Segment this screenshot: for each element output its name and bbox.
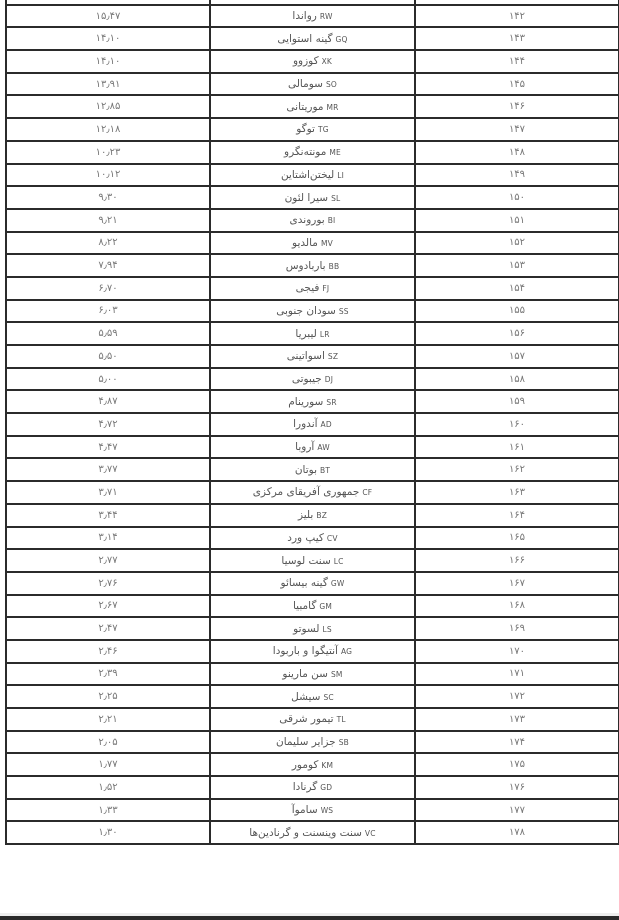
table-viewport: ۱۴۱۱۴۲RWرواندا۱۵٫۴۷۱۴۳GQگینه استوایی۱۴٫۱… [0, 0, 619, 913]
rank-number: ۱۶۲ [509, 464, 525, 475]
value-cell: ۸٫۲۲ [6, 232, 210, 255]
table-row: ۱۶۶LCسنت لوسیا۲٫۷۷ [6, 549, 619, 572]
value-cell: ۵٫۵۹ [6, 322, 210, 345]
country-name: تیمور شرقی [279, 713, 333, 725]
rank-number: ۱۷۷ [509, 805, 525, 816]
rank-number: ۱۴۵ [509, 79, 525, 90]
rank-cell: ۱۷۰ [415, 640, 619, 663]
table-row: ۱۷۵KMکومور۱٫۷۷ [6, 753, 619, 776]
rank-number: ۱۶۹ [509, 623, 525, 634]
table-row: ۱۶۵CVکیپ ورد۳٫۱۴ [6, 527, 619, 550]
country-code: AW [317, 443, 330, 452]
rank-cell: ۱۶۶ [415, 549, 619, 572]
rank-cell: ۱۷۶ [415, 776, 619, 799]
rank-number: ۱۴۲ [509, 11, 525, 22]
country-code: MR [327, 103, 339, 112]
table-row: ۱۴۹LIلیختن‌اشتاین۱۰٫۱۲ [6, 164, 619, 187]
rank-cell: ۱۶۰ [415, 413, 619, 436]
rank-number: ۱۶۸ [509, 600, 525, 611]
table-row: ۱۴۴XKکوزوو۱۴٫۱۰ [6, 50, 619, 73]
table-body: ۱۴۱۱۴۲RWرواندا۱۵٫۴۷۱۴۳GQگینه استوایی۱۴٫۱… [6, 0, 619, 844]
country-cell: TLتیمور شرقی [210, 708, 415, 731]
country-cell: MRموریتانی [210, 95, 415, 118]
value-cell: ۲٫۲۵ [6, 685, 210, 708]
table-row: ۱۶۲BTبوتان۳٫۷۷ [6, 458, 619, 481]
page-bottom-bar [0, 916, 619, 920]
country-cell: GWگینه بیسائو [210, 572, 415, 595]
table-row: ۱۵۲MVمالدیو۸٫۲۲ [6, 232, 619, 255]
country-code: ME [329, 148, 341, 157]
value-cell: ۵٫۰۰ [6, 368, 210, 391]
value-number: ۳٫۱۴ [98, 532, 117, 543]
rank-number: ۱۴۷ [509, 124, 525, 135]
value-cell: ۴٫۸۷ [6, 390, 210, 413]
country-name: سودان جنوبی [276, 305, 336, 317]
rank-cell: ۱۵۰ [415, 186, 619, 209]
value-cell: ۱۰٫۲۳ [6, 141, 210, 164]
rank-cell: ۱۶۲ [415, 458, 619, 481]
country-cell: ADآندورا [210, 413, 415, 436]
value-cell: ۲٫۷۷ [6, 549, 210, 572]
table-row: ۱۴۲RWرواندا۱۵٫۴۷ [6, 5, 619, 28]
table-row: ۱۵۹SRسورینام۴٫۸۷ [6, 390, 619, 413]
country-code: LC [334, 557, 344, 566]
country-name: کیپ ورد [287, 532, 324, 544]
country-cell: GQگینه استوایی [210, 27, 415, 50]
rank-number: ۱۶۰ [509, 419, 525, 430]
value-cell: ۵٫۵۰ [6, 345, 210, 368]
country-name: سن مارینو [282, 668, 328, 680]
value-cell: ۲٫۶۷ [6, 595, 210, 618]
country-cell: MEمونته‌نگرو [210, 141, 415, 164]
country-name: گینه استوایی [277, 33, 332, 45]
rank-number: ۱۷۵ [509, 759, 525, 770]
rank-number: ۱۷۲ [509, 691, 525, 702]
country-name: بوتان [295, 464, 317, 476]
rank-cell: ۱۷۵ [415, 753, 619, 776]
value-number: ۲٫۴۷ [98, 623, 117, 634]
rank-number: ۱۴۹ [509, 169, 525, 180]
country-cell: SCسیشل [210, 685, 415, 708]
country-cell: CFجمهوری آفریقای مرکزی [210, 481, 415, 504]
country-code: LI [337, 171, 344, 180]
country-cell: LRلیبریا [210, 322, 415, 345]
rank-cell: ۱۵۷ [415, 345, 619, 368]
value-number: ۱۲٫۱۸ [96, 124, 121, 135]
table-row: ۱۷۶GDگرنادا۱٫۵۲ [6, 776, 619, 799]
rank-number: ۱۶۴ [509, 510, 525, 521]
value-number: ۲٫۷۶ [98, 578, 117, 589]
table-row: ۱۶۸GMگامبیا۲٫۶۷ [6, 595, 619, 618]
country-cell: SZاسواتینی [210, 345, 415, 368]
rank-cell: ۱۴۶ [415, 95, 619, 118]
country-cell: TGتوگو [210, 118, 415, 141]
country-code: BI [328, 216, 336, 225]
country-name: کوزوو [293, 55, 319, 67]
country-cell: BBباربادوس [210, 254, 415, 277]
rank-number: ۱۶۱ [509, 442, 525, 453]
value-number: ۷٫۹۴ [98, 260, 117, 271]
value-cell: ۲٫۷۶ [6, 572, 210, 595]
country-code: SR [326, 398, 336, 407]
value-number: ۱۰٫۲۳ [96, 147, 121, 158]
rank-cell: ۱۴۹ [415, 164, 619, 187]
value-cell: ۱۲٫۱۸ [6, 118, 210, 141]
value-number: ۱۴٫۱۰ [96, 56, 121, 67]
rank-number: ۱۵۲ [509, 237, 525, 248]
country-cell: LCسنت لوسیا [210, 549, 415, 572]
country-name: آروبا [295, 441, 314, 453]
country-cell: DJجیبوتی [210, 368, 415, 391]
country-name: بلیز [298, 509, 313, 521]
value-cell: ۹٫۲۱ [6, 209, 210, 232]
country-name: بوروندی [290, 214, 325, 226]
value-cell: ۳٫۷۷ [6, 458, 210, 481]
country-code: SO [326, 80, 337, 89]
country-name: آنتیگوا و باربودا [273, 645, 338, 657]
country-code: CV [327, 534, 338, 543]
rank-number: ۱۵۶ [509, 328, 525, 339]
rank-cell: ۱۵۴ [415, 277, 619, 300]
rank-number: ۱۶۵ [509, 532, 525, 543]
country-code: TG [318, 125, 329, 134]
country-name: سورینام [288, 396, 323, 408]
rank-cell: ۱۵۲ [415, 232, 619, 255]
rank-cell: ۱۶۷ [415, 572, 619, 595]
value-number: ۴٫۴۷ [98, 442, 117, 453]
country-code: GD [320, 783, 332, 792]
table-row: ۱۷۳TLتیمور شرقی۲٫۲۱ [6, 708, 619, 731]
rank-number: ۱۷۶ [509, 782, 525, 793]
value-cell: ۱۲٫۸۵ [6, 95, 210, 118]
rank-cell: ۱۶۸ [415, 595, 619, 618]
value-cell: ۶٫۷۰ [6, 277, 210, 300]
value-cell: ۴٫۴۷ [6, 436, 210, 459]
value-number: ۲٫۶۷ [98, 600, 117, 611]
country-cell: RWرواندا [210, 5, 415, 28]
rank-cell: ۱۷۴ [415, 731, 619, 754]
rank-cell: ۱۴۸ [415, 141, 619, 164]
rank-cell: ۱۷۳ [415, 708, 619, 731]
rank-number: ۱۵۹ [509, 396, 525, 407]
value-number: ۱٫۳۰ [98, 827, 117, 838]
table-row: ۱۵۷SZاسواتینی۵٫۵۰ [6, 345, 619, 368]
value-number: ۱۳٫۹۱ [96, 79, 121, 90]
country-name: کومور [292, 759, 319, 771]
value-number: ۹٫۳۰ [98, 192, 117, 203]
value-cell: ۴٫۷۲ [6, 413, 210, 436]
country-name: سیشل [291, 691, 320, 703]
country-cell: XKکوزوو [210, 50, 415, 73]
rank-number: ۱۴۳ [509, 33, 525, 44]
country-name: سنت وینسنت و گرنادین‌ها [249, 827, 362, 839]
rank-cell: ۱۵۸ [415, 368, 619, 391]
country-code: SS [339, 307, 349, 316]
country-name: لسوتو [293, 623, 319, 635]
country-name: سنت لوسیا [281, 555, 330, 567]
value-number: ۵٫۵۰ [98, 351, 117, 362]
rank-cell: ۱۶۴ [415, 504, 619, 527]
value-cell: ۷٫۹۴ [6, 254, 210, 277]
table-row: ۱۶۹LSلسوتو۲٫۴۷ [6, 617, 619, 640]
value-number: ۸٫۲۲ [98, 237, 117, 248]
country-code: GM [319, 602, 332, 611]
value-number: ۶٫۰۳ [98, 305, 117, 316]
table-row: ۱۵۵SSسودان جنوبی۶٫۰۳ [6, 300, 619, 323]
table-row: ۱۴۷TGتوگو۱۲٫۱۸ [6, 118, 619, 141]
country-cell: SMسن مارینو [210, 663, 415, 686]
value-number: ۱۴٫۱۰ [96, 33, 121, 44]
rank-number: ۱۵۸ [509, 374, 525, 385]
value-cell: ۲٫۴۷ [6, 617, 210, 640]
rank-cell: ۱۵۱ [415, 209, 619, 232]
country-name: آندورا [293, 418, 317, 430]
country-cell: SLسیرا لئون [210, 186, 415, 209]
country-cell: SSسودان جنوبی [210, 300, 415, 323]
value-number: ۳٫۷۷ [98, 464, 117, 475]
rank-number: ۱۵۴ [509, 283, 525, 294]
rank-cell: ۱۶۱ [415, 436, 619, 459]
table-row: ۱۵۶LRلیبریا۵٫۵۹ [6, 322, 619, 345]
rank-cell: ۱۴۷ [415, 118, 619, 141]
rank-number: ۱۵۵ [509, 305, 525, 316]
table-row: ۱۷۲SCسیشل۲٫۲۵ [6, 685, 619, 708]
table-row: ۱۷۰AGآنتیگوا و باربودا۲٫۴۶ [6, 640, 619, 663]
rank-cell: ۱۷۸ [415, 821, 619, 844]
country-name: رواندا [292, 10, 316, 22]
country-name: فیجی [296, 282, 320, 294]
country-cell: GMگامبیا [210, 595, 415, 618]
country-name: جیبوتی [292, 373, 322, 385]
value-cell: ۳٫۱۴ [6, 527, 210, 550]
value-cell: ۱۰٫۱۲ [6, 164, 210, 187]
table-row: ۱۶۴BZبلیز۳٫۴۴ [6, 504, 619, 527]
country-code: WS [321, 806, 334, 815]
country-cell: SOسومالی [210, 73, 415, 96]
rank-cell: ۱۷۲ [415, 685, 619, 708]
rank-cell: ۱۵۹ [415, 390, 619, 413]
value-number: ۲٫۴۶ [98, 646, 117, 657]
rank-number: ۱۶۷ [509, 578, 525, 589]
value-cell: ۱٫۳۰ [6, 821, 210, 844]
table-row: ۱۵۸DJجیبوتی۵٫۰۰ [6, 368, 619, 391]
country-code: GW [331, 579, 345, 588]
country-name: ساموآ [292, 804, 318, 816]
value-number: ۲٫۷۷ [98, 555, 117, 566]
table-row: ۱۴۵SOسومالی۱۳٫۹۱ [6, 73, 619, 96]
rank-number: ۱۵۱ [509, 215, 525, 226]
rank-cell: ۱۶۳ [415, 481, 619, 504]
value-cell: ۱۳٫۹۱ [6, 73, 210, 96]
country-cell: SBجزایر سلیمان [210, 731, 415, 754]
country-code: SL [331, 194, 340, 203]
value-number: ۲٫۲۵ [98, 691, 117, 702]
country-name: گینه بیسائو [281, 577, 328, 589]
country-cell: VCسنت وینسنت و گرنادین‌ها [210, 821, 415, 844]
value-cell: ۲٫۲۱ [6, 708, 210, 731]
table-row: ۱۵۱BIبوروندی۹٫۲۱ [6, 209, 619, 232]
rank-number: ۱۷۱ [509, 668, 525, 679]
country-name: لیبریا [295, 328, 316, 340]
country-code: AD [321, 420, 332, 429]
country-code: TL [337, 715, 346, 724]
value-cell: ۱۵٫۴۷ [6, 5, 210, 28]
country-cell: SRسورینام [210, 390, 415, 413]
value-number: ۱٫۵۲ [98, 782, 117, 793]
country-code: MV [321, 239, 333, 248]
value-number: ۲٫۰۵ [98, 737, 117, 748]
country-cell: GDگرنادا [210, 776, 415, 799]
value-cell: ۱۴٫۱۰ [6, 27, 210, 50]
table-row: ۱۵۳BBباربادوس۷٫۹۴ [6, 254, 619, 277]
table-row: ۱۶۰ADآندورا۴٫۷۲ [6, 413, 619, 436]
country-code: KM [321, 761, 333, 770]
value-number: ۱۲٫۸۵ [96, 101, 121, 112]
country-name: لیختن‌اشتاین [281, 169, 334, 181]
country-cell: FJفیجی [210, 277, 415, 300]
country-cell: LSلسوتو [210, 617, 415, 640]
country-cell: CVکیپ ورد [210, 527, 415, 550]
value-cell: ۱٫۳۳ [6, 799, 210, 822]
table-row: ۱۶۱AWآروبا۴٫۴۷ [6, 436, 619, 459]
country-name: توگو [296, 123, 315, 135]
rank-number: ۱۶۶ [509, 555, 525, 566]
table-row: ۱۴۶MRموریتانی۱۲٫۸۵ [6, 95, 619, 118]
country-cell: AWآروبا [210, 436, 415, 459]
table-row: ۱۶۳CFجمهوری آفریقای مرکزی۳٫۷۱ [6, 481, 619, 504]
country-code: BB [329, 262, 340, 271]
rank-cell: ۱۴۵ [415, 73, 619, 96]
rank-cell: ۱۵۳ [415, 254, 619, 277]
country-ranking-table: ۱۴۱۱۴۲RWرواندا۱۵٫۴۷۱۴۳GQگینه استوایی۱۴٫۱… [5, 0, 619, 845]
table-row: ۱۶۷GWگینه بیسائو۲٫۷۶ [6, 572, 619, 595]
country-code: BZ [316, 511, 327, 520]
rank-number: ۱۷۰ [509, 646, 525, 657]
rank-cell: ۱۷۷ [415, 799, 619, 822]
value-cell: ۳٫۷۱ [6, 481, 210, 504]
rank-number: ۱۷۳ [509, 714, 525, 725]
rank-number: ۱۴۴ [509, 56, 525, 67]
table-row: ۱۷۱SMسن مارینو۲٫۳۹ [6, 663, 619, 686]
value-number: ۲٫۳۹ [98, 668, 117, 679]
country-name: مونته‌نگرو [284, 146, 326, 158]
value-number: ۱۰٫۱۲ [96, 169, 121, 180]
country-code: LS [323, 625, 332, 634]
country-name: اسواتینی [287, 350, 325, 362]
country-cell: BIبوروندی [210, 209, 415, 232]
table-row: ۱۷۴SBجزایر سلیمان۲٫۰۵ [6, 731, 619, 754]
country-name: گرنادا [293, 781, 318, 793]
country-code: XK [322, 57, 332, 66]
country-name: موریتانی [286, 101, 323, 113]
country-cell: WSساموآ [210, 799, 415, 822]
country-name: گامبیا [293, 600, 316, 612]
country-name: سومالی [288, 78, 323, 90]
table-row: ۱۷۷WSساموآ۱٫۳۳ [6, 799, 619, 822]
country-code: RW [320, 12, 333, 21]
value-number: ۱۵٫۴۷ [96, 11, 121, 22]
country-cell: BZبلیز [210, 504, 415, 527]
rank-cell: ۱۴۳ [415, 27, 619, 50]
value-number: ۴٫۷۲ [98, 419, 117, 430]
country-code: BT [320, 466, 330, 475]
rank-cell: ۱۶۹ [415, 617, 619, 640]
country-code: SC [323, 693, 333, 702]
table-row: ۱۵۰SLسیرا لئون۹٫۳۰ [6, 186, 619, 209]
rank-cell: ۱۴۴ [415, 50, 619, 73]
value-number: ۳٫۷۱ [98, 487, 117, 498]
value-number: ۹٫۲۱ [98, 215, 117, 226]
value-number: ۵٫۵۹ [98, 328, 117, 339]
country-code: SB [339, 738, 349, 747]
rank-number: ۱۴۸ [509, 147, 525, 158]
rank-number: ۱۵۰ [509, 192, 525, 203]
rank-number: ۱۷۴ [509, 737, 525, 748]
country-name: جمهوری آفریقای مرکزی [253, 486, 360, 498]
table-row: ۱۴۳GQگینه استوایی۱۴٫۱۰ [6, 27, 619, 50]
rank-number: ۱۴۶ [509, 101, 525, 112]
country-code: SZ [328, 352, 338, 361]
value-cell: ۲٫۰۵ [6, 731, 210, 754]
country-name: جزایر سلیمان [276, 736, 336, 748]
rank-cell: ۱۷۱ [415, 663, 619, 686]
country-name: مالدیو [292, 237, 318, 249]
value-number: ۶٫۷۰ [98, 283, 117, 294]
table-row: ۱۴۸MEمونته‌نگرو۱۰٫۲۳ [6, 141, 619, 164]
rank-number: ۱۷۸ [509, 827, 525, 838]
value-number: ۵٫۰۰ [98, 374, 117, 385]
value-number: ۱٫۷۷ [98, 759, 117, 770]
rank-number: ۱۶۳ [509, 487, 525, 498]
value-number: ۴٫۸۷ [98, 396, 117, 407]
value-cell: ۲٫۴۶ [6, 640, 210, 663]
table-row: ۱۵۴FJفیجی۶٫۷۰ [6, 277, 619, 300]
rank-cell: ۱۵۶ [415, 322, 619, 345]
value-cell: ۳٫۴۴ [6, 504, 210, 527]
country-code: VC [365, 829, 376, 838]
country-cell: AGآنتیگوا و باربودا [210, 640, 415, 663]
country-code: LR [320, 330, 330, 339]
country-code: FJ [322, 284, 329, 293]
country-code: DJ [325, 375, 333, 384]
table-row: ۱۷۸VCسنت وینسنت و گرنادین‌ها۱٫۳۰ [6, 821, 619, 844]
rank-number: ۱۵۷ [509, 351, 525, 362]
country-name: سیرا لئون [285, 192, 329, 204]
rank-cell: ۱۵۵ [415, 300, 619, 323]
country-code: SM [331, 670, 343, 679]
rank-cell: ۱۶۵ [415, 527, 619, 550]
rank-number: ۱۵۳ [509, 260, 525, 271]
value-number: ۱٫۳۳ [98, 805, 117, 816]
rank-cell: ۱۴۲ [415, 5, 619, 28]
country-name: باربادوس [286, 260, 326, 272]
value-cell: ۱۴٫۱۰ [6, 50, 210, 73]
country-cell: LIلیختن‌اشتاین [210, 164, 415, 187]
value-cell: ۲٫۳۹ [6, 663, 210, 686]
value-cell: ۱٫۷۷ [6, 753, 210, 776]
value-cell: ۱٫۵۲ [6, 776, 210, 799]
value-cell: ۹٫۳۰ [6, 186, 210, 209]
country-cell: MVمالدیو [210, 232, 415, 255]
value-number: ۲٫۲۱ [98, 714, 117, 725]
country-code: GQ [336, 35, 348, 44]
value-number: ۳٫۴۴ [98, 510, 117, 521]
country-code: AG [341, 647, 352, 656]
country-cell: KMکومور [210, 753, 415, 776]
country-code: CF [362, 488, 372, 497]
country-cell: BTبوتان [210, 458, 415, 481]
value-cell: ۶٫۰۳ [6, 300, 210, 323]
